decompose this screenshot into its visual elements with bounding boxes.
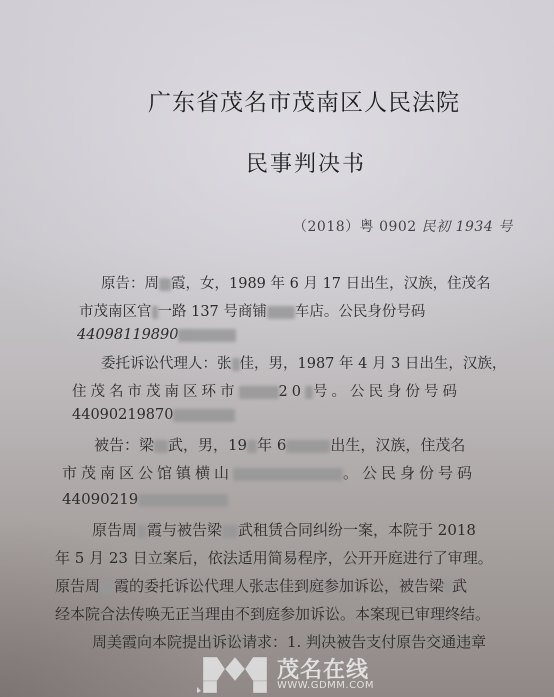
summary-line-4: 经本院合法传唤无正当理由不到庭参加诉讼。本案现已审理终结。 [55, 603, 490, 624]
redaction [138, 494, 228, 507]
redaction [178, 329, 236, 342]
redaction [222, 525, 238, 538]
redaction [247, 440, 257, 453]
watermark-url: WWW.GDMM.COM [277, 680, 374, 691]
redaction [154, 440, 168, 453]
case-number-suffix: 民初 1934 号 [422, 219, 513, 235]
document-type: 民事判决书 [246, 147, 366, 178]
redaction [267, 306, 295, 319]
redaction [239, 386, 279, 399]
redaction [137, 525, 147, 538]
gdmm-logo-icon [195, 651, 275, 695]
claims-line-1: 周美霞向本院提出诉讼请求：1. 判决被告支付原告交通违章 [92, 631, 486, 652]
agent-line-2: 住茂名市茂南区环市20号。公民身份号码 [72, 380, 461, 401]
redaction [233, 468, 343, 481]
summary-line-2: 年 5 月 23 日立案后，依法适用简易程序，公开开庭进行了审理。 [55, 547, 493, 568]
redaction [286, 440, 330, 453]
defendant-line-1: 被告：梁武，男，19年 6出生，汉族，住茂名 [94, 434, 465, 455]
defendant-line-2: 市茂南区公馆镇横山。公民身份号码 [62, 462, 476, 483]
redaction [232, 358, 240, 371]
redaction [173, 409, 235, 422]
agent-id-number: 44090219870 [72, 407, 235, 423]
plaintiff-id-number: 44098119890 [77, 327, 236, 343]
case-number-prefix: （2018）粤 0902 [293, 219, 417, 235]
summary-line-1: 原告周霞与被告梁武租赁合同纠纷一案，本院于 2018 [92, 519, 476, 540]
case-number: （2018）粤 0902 民初 1934 号 [293, 216, 513, 236]
plaintiff-line-1: 原告：周霞，女，1989 年 6 月 17 日出生，汉族，住茂名 [101, 272, 491, 293]
judgment-document: 广东省茂名市茂南区人民法院 民事判决书 （2018）粤 0902 民初 1934… [0, 0, 554, 697]
redaction [305, 386, 313, 399]
plaintiff-line-2: 市茂南区官一路 137 号商铺车店。公民身份号码 [79, 300, 425, 321]
summary-line-3: 原告周霞的委托诉讼代理人张志佳到庭参加诉讼，被告梁武 [55, 575, 467, 596]
watermark: 茂名在线 WWW.GDMM.COM [195, 651, 375, 695]
redaction [159, 278, 171, 291]
agent-line-1: 委托诉讼代理人：张佳，男，1987 年 4 月 3 日出生，汉族， [101, 352, 506, 373]
redaction [444, 581, 452, 594]
defendant-id-number: 44090219 [62, 490, 228, 508]
redaction [152, 306, 158, 319]
redaction [100, 581, 114, 594]
court-name: 广东省茂名市茂南区人民法院 [148, 84, 460, 117]
